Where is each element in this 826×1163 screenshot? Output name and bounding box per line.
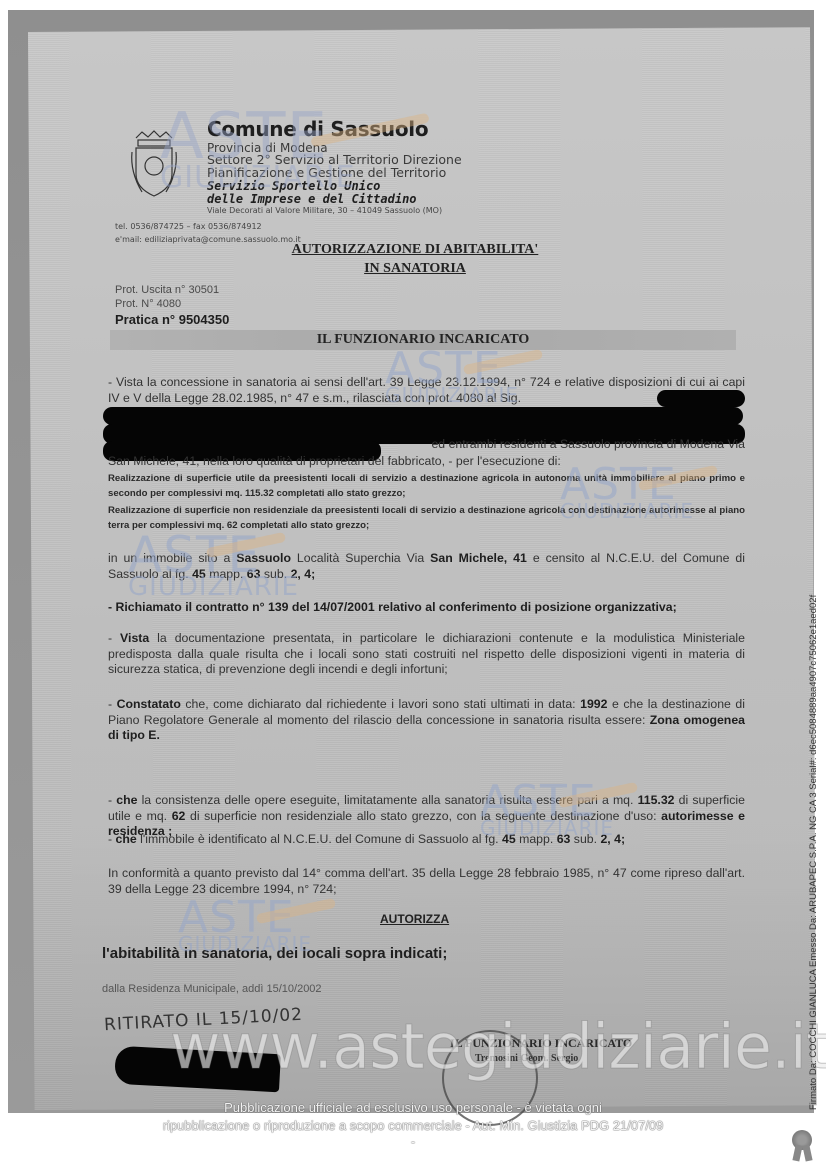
section-title: IL FUNZIONARIO INCARICATO [110, 332, 736, 348]
paragraph-proprietari: San Michele, 41, nella loro qualità di p… [108, 454, 745, 470]
paragraph-concessione: - Vista la concessione in sanatoria ai s… [108, 375, 745, 406]
redaction [103, 407, 743, 425]
pratica-number: Pratica n° 9504350 [115, 312, 229, 327]
paragraph-immobile: in un immobile sito a Sassuolo Località … [108, 551, 745, 582]
prot-uscita: Prot. Uscita n° 30501 [115, 284, 219, 296]
document-title-line-1: AUTORIZZAZIONE DI ABITABILITA' [0, 242, 826, 258]
abitabilita-statement: l'abitabilità in sanatoria, dei locali s… [102, 945, 447, 962]
address: Viale Decorati al Valore Militare, 30 – … [207, 206, 442, 215]
service-line-2: delle Imprese e del Cittadino [207, 193, 417, 206]
digital-signature-text: Firmato Da: COCCHI GIANLUCA Emesso Da: A… [808, 595, 819, 1110]
redaction [657, 390, 745, 407]
work-item-1: Realizzazione di superficie utile da pre… [108, 471, 745, 501]
url-watermark: www.astegiudiziarie.it [170, 1010, 826, 1083]
department: Pianificazione e Gestione del Territorio [207, 166, 446, 179]
paragraph-documentazione: - Vista la documentazione presentata, in… [108, 631, 745, 678]
autorizza-heading: AUTORIZZA [380, 912, 449, 926]
municipality-name: Comune di Sassuolo [207, 117, 428, 141]
footer-line-1: Pubblicazione ufficiale ad esclusivo uso… [0, 1100, 826, 1115]
date-place: dalla Residenza Municipale, addì 15/10/2… [102, 983, 322, 995]
phone-fax: tel. 0536/874725 – fax 0536/874912 [115, 222, 262, 231]
paragraph-identificato: - che l'immobile è identificato al N.C.E… [108, 832, 745, 848]
paragraph-contratto: - Richiamato il contratto n° 139 del 14/… [108, 600, 745, 616]
prot-number: Prot. N° 4080 [115, 298, 181, 310]
coat-of-arms-icon [128, 128, 180, 202]
paragraph-residenti: ed entrambi residenti a Sassuolo provinc… [392, 437, 745, 453]
footer-line-2: ripubblicazione o riproduzione a scopo c… [0, 1118, 826, 1133]
document-title-line-2: IN SANATORIA [0, 261, 826, 277]
work-item-2: Realizzazione di superficie non residenz… [108, 503, 745, 533]
paragraph-constatato: - Constatato che, come dichiarato dal ri… [108, 697, 745, 744]
paragraph-conformita: In conformità a quanto previsto dal 14° … [108, 866, 745, 897]
footer-line-3: - [0, 1134, 826, 1149]
